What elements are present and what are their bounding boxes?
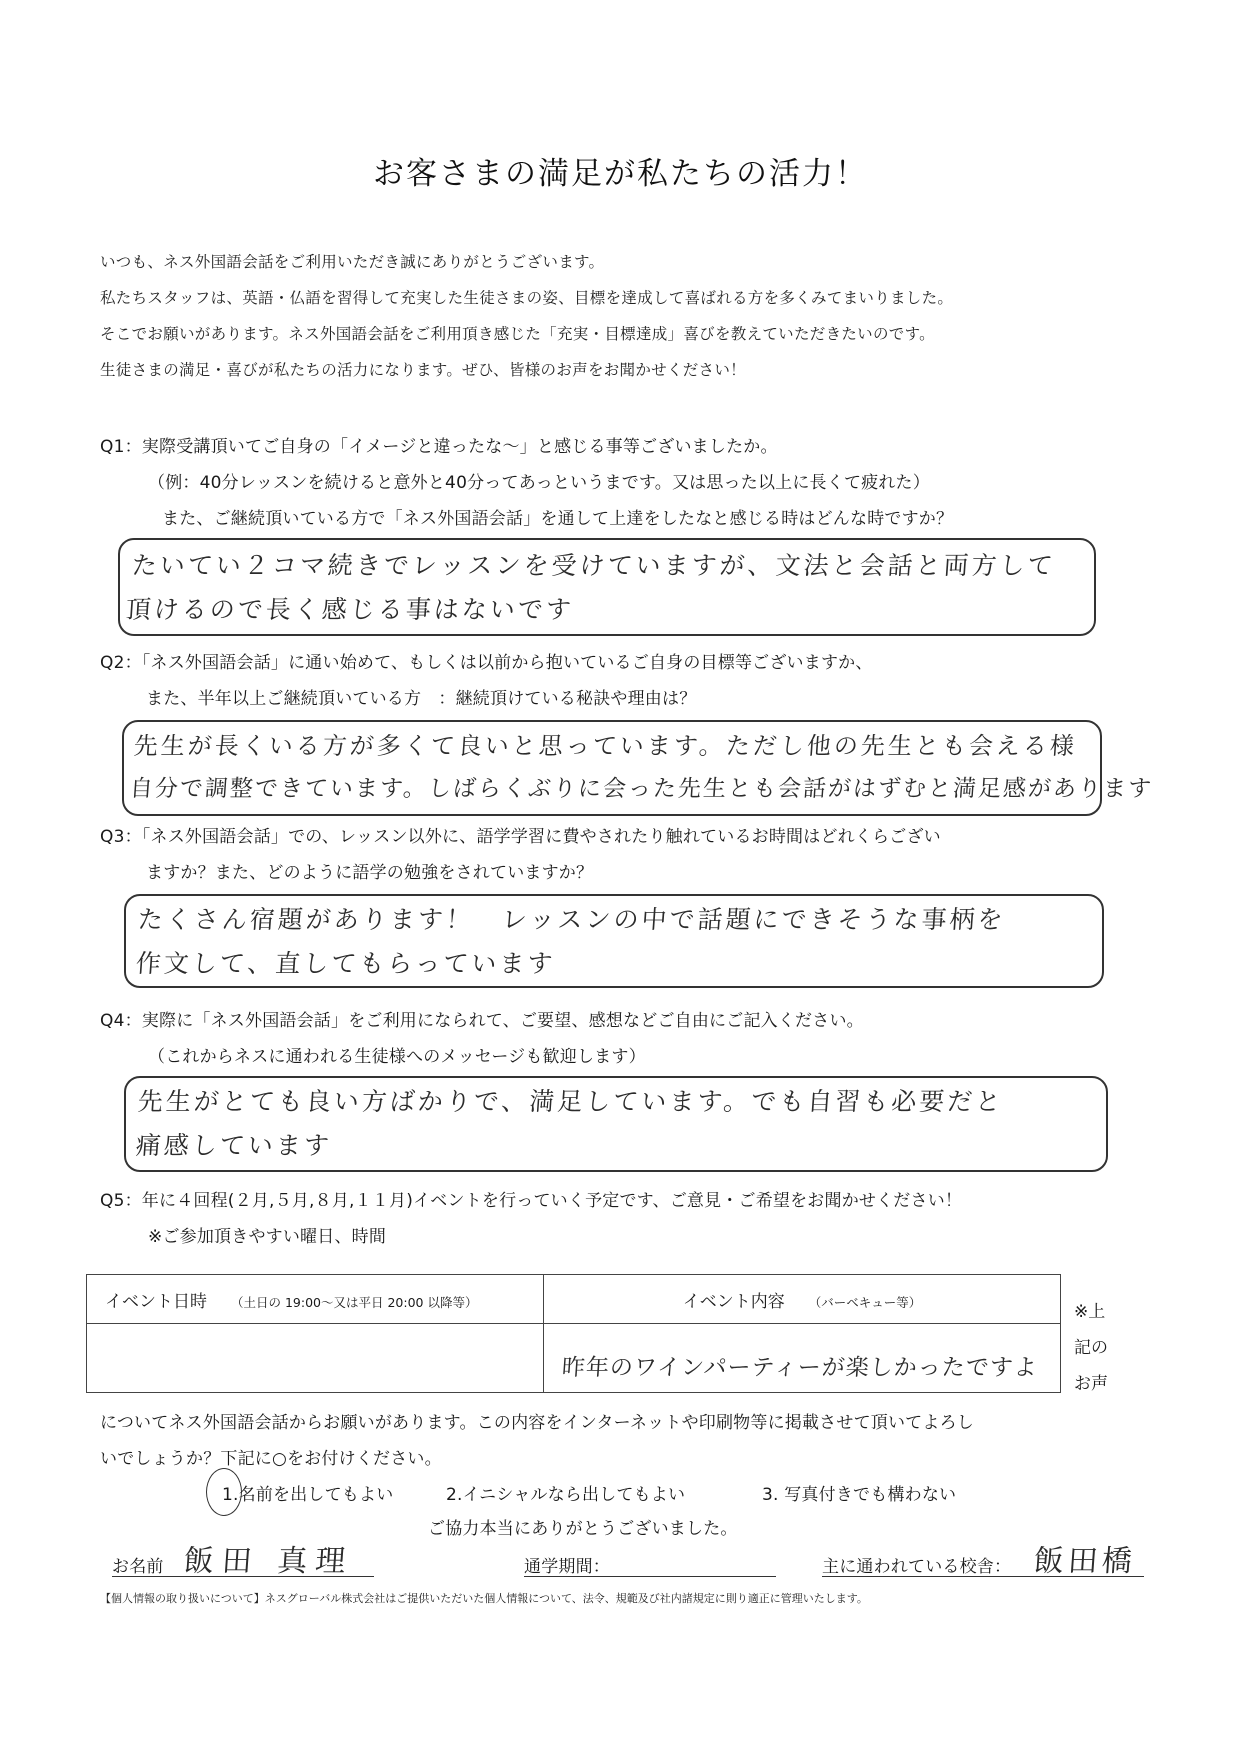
- intro-line-3: そこでお願いがあります。ネス外国語会話をご利用頂き感じた「充実・目標達成」喜びを…: [100, 322, 935, 344]
- school-label: 主に通われている校舎：: [822, 1552, 1011, 1577]
- q2-answer-line-2: 自分で調整できています。しばらくぶりに会った先生とも会話がはずむと満足感がありま…: [129, 770, 1154, 803]
- side-note-line-1: ※上: [1074, 1294, 1114, 1330]
- name-label: お名前: [112, 1552, 164, 1577]
- q3-answer-box[interactable]: たくさん宿題があります！ レッスンの中で話題にできそうな事柄を 作文して、直して…: [124, 894, 1104, 988]
- q1-answer-line-2: 頂けるので長く感じる事はないです: [125, 590, 576, 626]
- event-content-label: イベント内容: [683, 1292, 785, 1312]
- thanks-text: ご協力本当にありがとうございました。: [428, 1514, 738, 1539]
- side-note: ※上 記の お声: [1074, 1294, 1114, 1402]
- q5-label: Q5：年に４回程(２月,５月,８月,１１月)イベントを行っていく予定です、ご意見…: [100, 1186, 962, 1211]
- period-field[interactable]: 通学期間：: [524, 1540, 776, 1577]
- intro-line-1: いつも、ネス外国語会話をご利用いただき誠にありがとうございます。: [100, 250, 604, 272]
- q1-sub-2: また、ご継続頂いている方で「ネス外国語会話」を通して上達をしたなと感じる時はどん…: [162, 504, 953, 529]
- consent-option-2[interactable]: 2.イニシャルなら出してもよい: [446, 1480, 685, 1505]
- q1-answer-line-1: たいてい２コマ続きでレッスンを受けていますが、文法と会話と両方して: [131, 546, 1057, 582]
- q2-answer-box[interactable]: 先生が長くいる方が多くて良いと思っています。ただし他の先生とも会える様 自分で調…: [122, 720, 1102, 816]
- period-label: 通学期間：: [524, 1552, 610, 1577]
- q4-answer-line-2: 痛感しています: [135, 1126, 334, 1162]
- event-table-row: 昨年のワインパーティーが楽しかったですよ: [87, 1324, 1061, 1393]
- q3-answer-line-1: たくさん宿題があります！ レッスンの中で話題にできそうな事柄を: [137, 900, 1007, 936]
- school-field[interactable]: 主に通われている校舎： 飯田橋: [822, 1540, 1144, 1577]
- consent-option-3[interactable]: 3. 写真付きでも構わない: [762, 1480, 956, 1505]
- q1-answer-box[interactable]: たいてい２コマ続きでレッスンを受けていますが、文法と会話と両方して 頂けるので長…: [118, 538, 1096, 636]
- q1-sub-1: （例：40分レッスンを続けると意外と40分ってあっというまです。又は思った以上に…: [148, 468, 930, 493]
- school-value: 飯田橋: [1032, 1536, 1137, 1580]
- q4-label: Q4：実際に「ネス外国語会話」をご利用になられて、ご要望、感想などご自由にご記入…: [100, 1006, 864, 1031]
- privacy-notice: 【個人情報の取り扱いについて】ネスグローバル株式会社はご提供いただいた個人情報に…: [100, 1590, 868, 1606]
- q2-sub-1: また、半年以上ご継続頂いている方 ：継続頂けている秘訣や理由は？: [146, 684, 696, 709]
- q1-label: Q1：実際受講頂いてご自身の「イメージと違ったな～」と感じる事等ございましたか。: [100, 432, 778, 457]
- event-table-header: イベント日時（土日の 19:00～又は平日 20:00 以降等） イベント内容（…: [87, 1275, 1061, 1324]
- event-content-answer: 昨年のワインパーティーが楽しかったですよ: [561, 1349, 1039, 1382]
- event-content-hint: （バーベキュー等）: [809, 1295, 922, 1310]
- intro-line-2: 私たちスタッフは、英語・仏語を習得して充実した生徒さまの姿、目標を達成して喜ばれ…: [100, 286, 953, 308]
- q3-sub-1: ますか？また、どのように語学の勉強をされていますか？: [146, 858, 593, 883]
- q5-sub-1: ※ご参加頂きやすい曜日、時間: [148, 1222, 386, 1247]
- consent-text-2: いでしょうか？下記に○をお付けください。: [100, 1444, 442, 1469]
- q2-label: Q2：「ネス外国語会話」に通い始めて、もしくは以前から抱いているご自身の目標等ご…: [100, 648, 873, 673]
- page-title: お客さまの満足が私たちの活力！: [0, 148, 1241, 193]
- name-field[interactable]: お名前 飯田 真理: [112, 1540, 374, 1577]
- name-value: 飯田 真理: [182, 1536, 355, 1580]
- event-datetime-header: イベント日時（土日の 19:00～又は平日 20:00 以降等）: [87, 1275, 544, 1324]
- side-note-line-2: 記の: [1074, 1330, 1114, 1366]
- q3-answer-line-2: 作文して、直してもらっています: [135, 944, 557, 980]
- event-datetime-label: イベント日時: [105, 1292, 207, 1312]
- event-datetime-cell[interactable]: [87, 1324, 544, 1393]
- event-datetime-hint: （土日の 19:00～又は平日 20:00 以降等）: [231, 1295, 477, 1310]
- event-content-cell[interactable]: 昨年のワインパーティーが楽しかったですよ: [544, 1324, 1061, 1393]
- q3-label: Q3：「ネス外国語会話」での、レッスン以外に、語学学習に費やされたり触れているお…: [100, 822, 941, 847]
- event-content-header: イベント内容（バーベキュー等）: [544, 1275, 1061, 1324]
- event-table: イベント日時（土日の 19:00～又は平日 20:00 以降等） イベント内容（…: [86, 1274, 1061, 1393]
- q4-answer-box[interactable]: 先生がとても良い方ばかりで、満足しています。でも自習も必要だと 痛感しています: [124, 1076, 1108, 1172]
- q2-answer-line-1: 先生が長くいる方が多くて良いと思っています。ただし他の先生とも会える様: [133, 726, 1079, 761]
- consent-text-1: についてネス外国語会話からお願いがあります。この内容をインターネットや印刷物等に…: [100, 1408, 974, 1433]
- side-note-line-3: お声: [1074, 1366, 1114, 1402]
- q4-sub-1: （これからネスに通われる生徒様へのメッセージも歓迎します）: [148, 1042, 646, 1067]
- consent-option-1[interactable]: 1.名前を出してもよい: [222, 1480, 393, 1505]
- intro-line-4: 生徒さまの満足・喜びが私たちの活力になります。ぜひ、皆様のお声をお聞かせください…: [100, 358, 746, 380]
- q4-answer-line-1: 先生がとても良い方ばかりで、満足しています。でも自習も必要だと: [137, 1082, 1005, 1118]
